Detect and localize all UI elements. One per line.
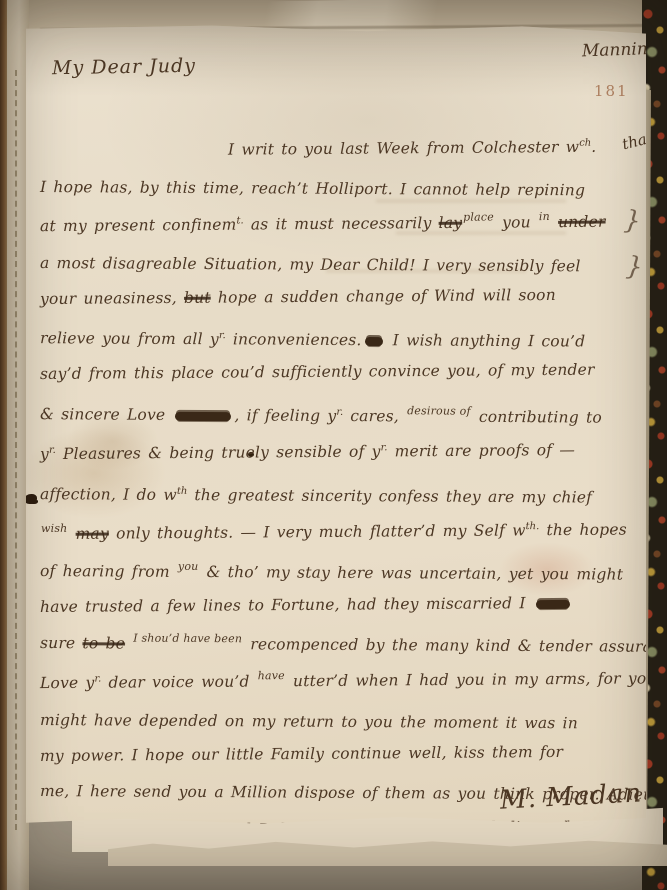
- text-run: hope a sudden change of Wind will soon: [211, 286, 556, 307]
- text-run: I writ to you last Week from Colchester …: [228, 138, 579, 159]
- text-run: affection, I do w: [40, 485, 177, 504]
- text-run: have trusted a few lines to Fortune, had…: [40, 594, 533, 616]
- inserted-text: wish: [41, 522, 68, 535]
- page-number: 181: [594, 82, 629, 100]
- inserted-text: I shou’d have been: [133, 632, 242, 646]
- text-run: utter’d when I had you in my arms, for y…: [286, 670, 646, 691]
- text-run: dear voice wou’d: [101, 673, 257, 692]
- letter-line: my power. I hope our little Family conti…: [40, 734, 640, 774]
- text-run: the hopes: [539, 520, 627, 539]
- text-run: cares,: [343, 407, 406, 425]
- inserted-text: you: [178, 560, 199, 573]
- text-run: say’d from this place cou’d sufficiently…: [40, 361, 595, 383]
- text-run: & tho’ my stay here was uncertain, yet y…: [199, 563, 623, 584]
- letter-line: Love yr. dear voice wou’d have utter’d w…: [40, 658, 640, 703]
- text-run: might have depended on my return to you …: [40, 711, 578, 732]
- text-run: of hearing from: [40, 562, 177, 581]
- ink-scribble: [365, 337, 383, 346]
- letter-sheet: Manningtree. Sept. 16.th 1732 My Dear Ju…: [26, 24, 646, 826]
- letter-line: at my present confinemt. as it must nece…: [40, 201, 640, 246]
- text-run: a most disagreable Situation, my Dear Ch…: [40, 254, 581, 275]
- text-run: you: [495, 214, 538, 232]
- text-run: recompenced by the many kind & tender as…: [243, 635, 646, 656]
- ink-blot: [26, 494, 37, 504]
- text-run: only thoughts. — I very much flatter’d m…: [109, 521, 526, 542]
- inserted-text: place: [463, 211, 494, 224]
- deleted-text: under: [558, 213, 606, 231]
- text-run: y: [40, 445, 49, 463]
- text-run: as it must necessarily: [244, 214, 439, 234]
- deleted-text: lay: [439, 214, 463, 232]
- text-run: my power. I hope our little Family conti…: [40, 743, 563, 765]
- superscript: th.: [526, 521, 540, 532]
- text-run: relieve you from all y: [40, 329, 219, 348]
- inserted-text: have: [258, 670, 285, 683]
- binding-strip: [0, 0, 7, 890]
- inserted-text: desirous of: [407, 404, 471, 417]
- deleted-text: to be: [82, 634, 125, 652]
- ink-scribble: [536, 600, 570, 609]
- text-run: , if feeling y: [234, 406, 336, 425]
- letter-line: Manningtree. Sept. 16.th 1732: [394, 33, 646, 68]
- stitch-guard: [7, 0, 29, 890]
- letter-dateline: Manningtree. Sept. 16.th 1732: [394, 36, 646, 68]
- text-run: contributing to: [472, 407, 602, 426]
- text-run: [125, 634, 132, 652]
- letter-body: I writ to you last Week from Colchester …: [40, 130, 640, 826]
- letter-line: your uneasiness, but hope a sudden chang…: [40, 277, 640, 317]
- superscript: ch: [579, 138, 591, 149]
- letter-line: I writ to you last Week from Colchester …: [40, 125, 640, 169]
- superscript: th: [177, 486, 188, 497]
- deleted-text: may: [76, 524, 109, 542]
- text-run: sure: [40, 634, 83, 652]
- inserted-text: in: [539, 211, 550, 224]
- letter-line: say’d from this place cou’d sufficiently…: [40, 352, 640, 392]
- letter-line: yr. Pleasures & being truely sensible of…: [40, 429, 640, 473]
- album-photo: Manningtree. Sept. 16.th 1732 My Dear Ju…: [0, 0, 667, 890]
- text-run: & sincere Love: [40, 405, 173, 424]
- text-run: merit are proofs of —: [387, 441, 575, 460]
- text-run: Pleasures & being truely sensible of y: [56, 443, 381, 464]
- ink-scribble: [175, 411, 231, 420]
- superscript: t.: [236, 216, 243, 227]
- deleted-text: but: [184, 288, 211, 306]
- stitch-marks: [15, 70, 17, 830]
- letter-line: have trusted a few lines to Fortune, had…: [40, 586, 640, 626]
- text-run: inconveniences.: [226, 331, 362, 350]
- text-run: .: [591, 138, 596, 156]
- text-run: your uneasiness,: [40, 289, 184, 308]
- text-run: at my present confinem: [40, 216, 237, 236]
- text-run: Manningtree. Sep: [582, 36, 646, 61]
- letter-line: wish may only thoughts. — I very much fl…: [40, 508, 640, 553]
- letter-salutation: My Dear Judy: [52, 55, 196, 80]
- text-run: I hope has, by this time, reach’t Hollip…: [40, 178, 585, 199]
- text-run: the greatest sincerity confess they are …: [187, 486, 592, 506]
- text-run: Love y: [40, 674, 95, 692]
- text-run: I wish anything I cou’d: [386, 332, 586, 351]
